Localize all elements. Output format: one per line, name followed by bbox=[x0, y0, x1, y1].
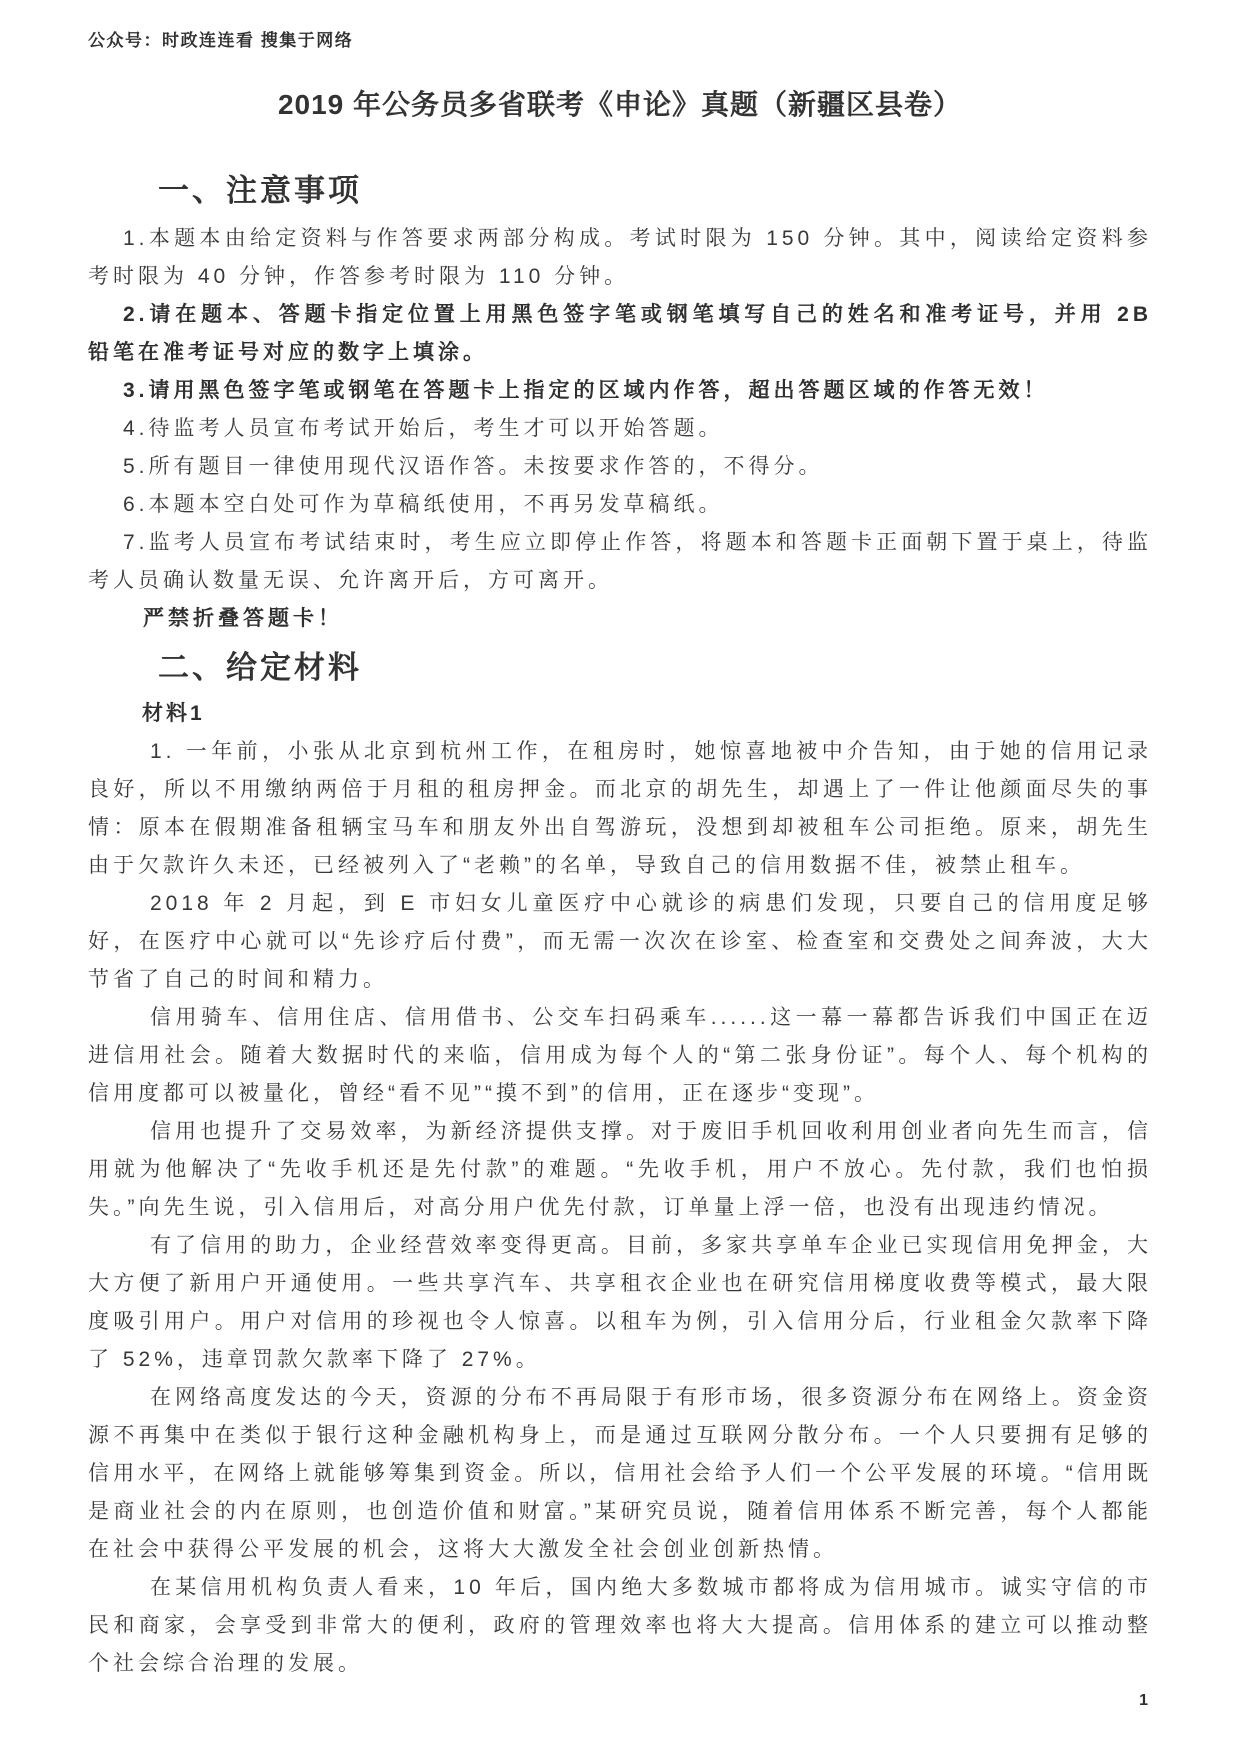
page-title: 2019 年公务员多省联考《申论》真题（新疆区县卷） bbox=[88, 83, 1152, 123]
material-label: 材料1 bbox=[88, 695, 1152, 733]
materials-section-heading: 二、给定材料 bbox=[88, 642, 1152, 687]
document-body: { "page": { "header_note": "公众号：时政连连看 搜集… bbox=[0, 0, 1240, 1754]
material-paragraph-7: 在某信用机构负责人看来，10 年后，国内绝大多数城市都将成为信用城市。诚实守信的… bbox=[88, 1569, 1152, 1683]
page-number: 1 bbox=[1139, 1692, 1148, 1710]
material-paragraph-2: 2018 年 2 月起，到 E 市妇女儿童医疗中心就诊的病患们发现，只要自己的信… bbox=[88, 885, 1152, 999]
material-paragraph-5: 有了信用的助力，企业经营效率变得更高。目前，多家共享单车企业已实现信用免押金，大… bbox=[88, 1227, 1152, 1379]
notice-item-4: 4.待监考人员宣布考试开始后，考生才可以开始答题。 bbox=[88, 410, 1152, 448]
header-note: 公众号：时政连连看 搜集于网络 bbox=[88, 26, 1152, 51]
material-paragraph-6: 在网络高度发达的今天，资源的分布不再局限于有形市场，很多资源分布在网络上。资金资… bbox=[88, 1379, 1152, 1569]
notice-item-7: 7.监考人员宣布考试结束时，考生应立即停止作答，将题本和答题卡正面朝下置于桌上，… bbox=[88, 524, 1152, 600]
notice-item-2: 2.请在题本、答题卡指定位置上用黑色签字笔或钢笔填写自己的姓名和准考证号，并用 … bbox=[88, 296, 1152, 372]
notice-section-heading: 一、注意事项 bbox=[88, 165, 1152, 210]
notice-warning: 严禁折叠答题卡！ bbox=[88, 600, 1152, 638]
notice-item-5: 5.所有题目一律使用现代汉语作答。未按要求作答的，不得分。 bbox=[88, 448, 1152, 486]
notice-item-1: 1.本题本由给定资料与作答要求两部分构成。考试时限为 150 分钟。其中，阅读给… bbox=[88, 220, 1152, 296]
material-paragraph-3: 信用骑车、信用住店、信用借书、公交车扫码乘车......这一幕一幕都告诉我们中国… bbox=[88, 999, 1152, 1113]
exam-paper-page: 公众号：时政连连看 搜集于网络 2019 年公务员多省联考《申论》真题（新疆区县… bbox=[0, 0, 1240, 1683]
material-paragraph-1: 1. 一年前，小张从北京到杭州工作，在租房时，她惊喜地被中介告知，由于她的信用记… bbox=[88, 733, 1152, 885]
notice-item-3: 3.请用黑色签字笔或钢笔在答题卡上指定的区域内作答，超出答题区域的作答无效！ bbox=[88, 372, 1152, 410]
material-paragraph-4: 信用也提升了交易效率，为新经济提供支撑。对于废旧手机回收利用创业者向先生而言，信… bbox=[88, 1113, 1152, 1227]
notice-item-6: 6.本题本空白处可作为草稿纸使用，不再另发草稿纸。 bbox=[88, 486, 1152, 524]
